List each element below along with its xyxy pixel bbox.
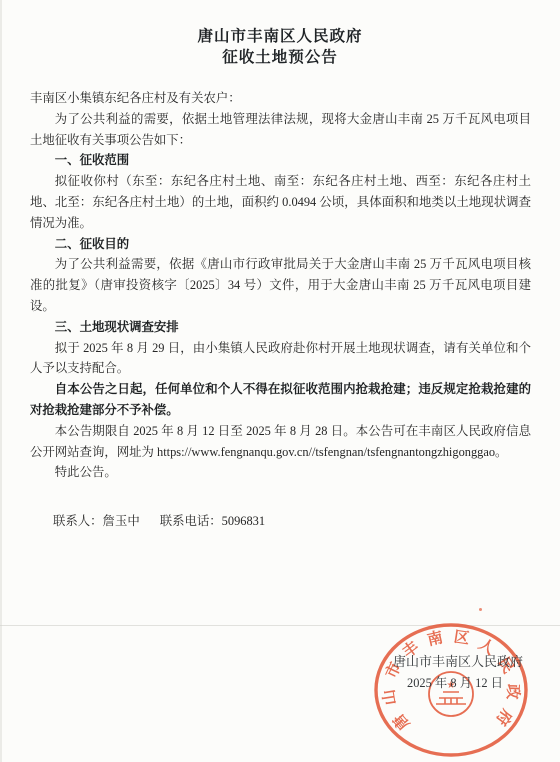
document-body: 丰南区小集镇东纪各庄村及有关农户： 为了公共利益的需要，依据土地管理法律法规，现…	[30, 88, 531, 483]
scan-edge-shade	[0, 0, 2, 762]
closing-paragraph: 特此公告。	[30, 462, 531, 483]
contact-phone: 联系电话：5096831	[160, 514, 265, 528]
section-heading-scope: 一、征收范围	[30, 150, 531, 171]
section-heading-survey: 三、土地现状调查安排	[30, 317, 531, 338]
emblem-gate-lines	[436, 692, 466, 704]
title-line-authority: 唐山市丰南区人民政府	[0, 27, 560, 48]
scan-artifact-red-dot	[479, 608, 482, 611]
contact-line: 联系人：詹玉中联系电话：5096831	[53, 511, 265, 529]
contact-person: 联系人：詹玉中	[53, 514, 140, 528]
issue-date: 2025 年 8 月 12 日	[407, 676, 527, 690]
period-paragraph: 本公告期限自 2025 年 8 月 12 日至 2025 年 8 月 28 日。…	[30, 421, 531, 463]
title-line-subject: 征收土地预公告	[0, 48, 560, 69]
salutation: 丰南区小集镇东纪各庄村及有关农户：	[30, 88, 531, 109]
survey-paragraph: 拟于 2025 年 8 月 29 日，由小集镇人民政府赴你村开展土地现状调查，请…	[30, 338, 531, 380]
section-heading-purpose: 二、征收目的	[30, 234, 531, 255]
scanned-document-page: 唐山市丰南区人民政府 征收土地预公告 丰南区小集镇东纪各庄村及有关农户： 为了公…	[0, 0, 560, 762]
scope-paragraph: 拟征收你村（东至：东纪各庄村土地、南至：东纪各庄村土地、西至：东纪各庄村土地、北…	[30, 171, 531, 233]
issuer-name: 唐山市丰南区人民政府	[393, 655, 533, 669]
document-title: 唐山市丰南区人民政府 征收土地预公告	[0, 27, 560, 68]
warning-paragraph: 自本公告之日起，任何单位和个人不得在拟征收范围内抢栽抢建；违反规定抢栽抢建的对抢…	[30, 379, 531, 421]
intro-paragraph: 为了公共利益的需要，依据土地管理法律法规，现将大金唐山丰南 25 万千瓦风电项目…	[30, 109, 531, 151]
purpose-paragraph: 为了公共利益需要，依据《唐山市行政审批局关于大金唐山丰南 25 万千瓦风电项目核…	[30, 254, 531, 316]
